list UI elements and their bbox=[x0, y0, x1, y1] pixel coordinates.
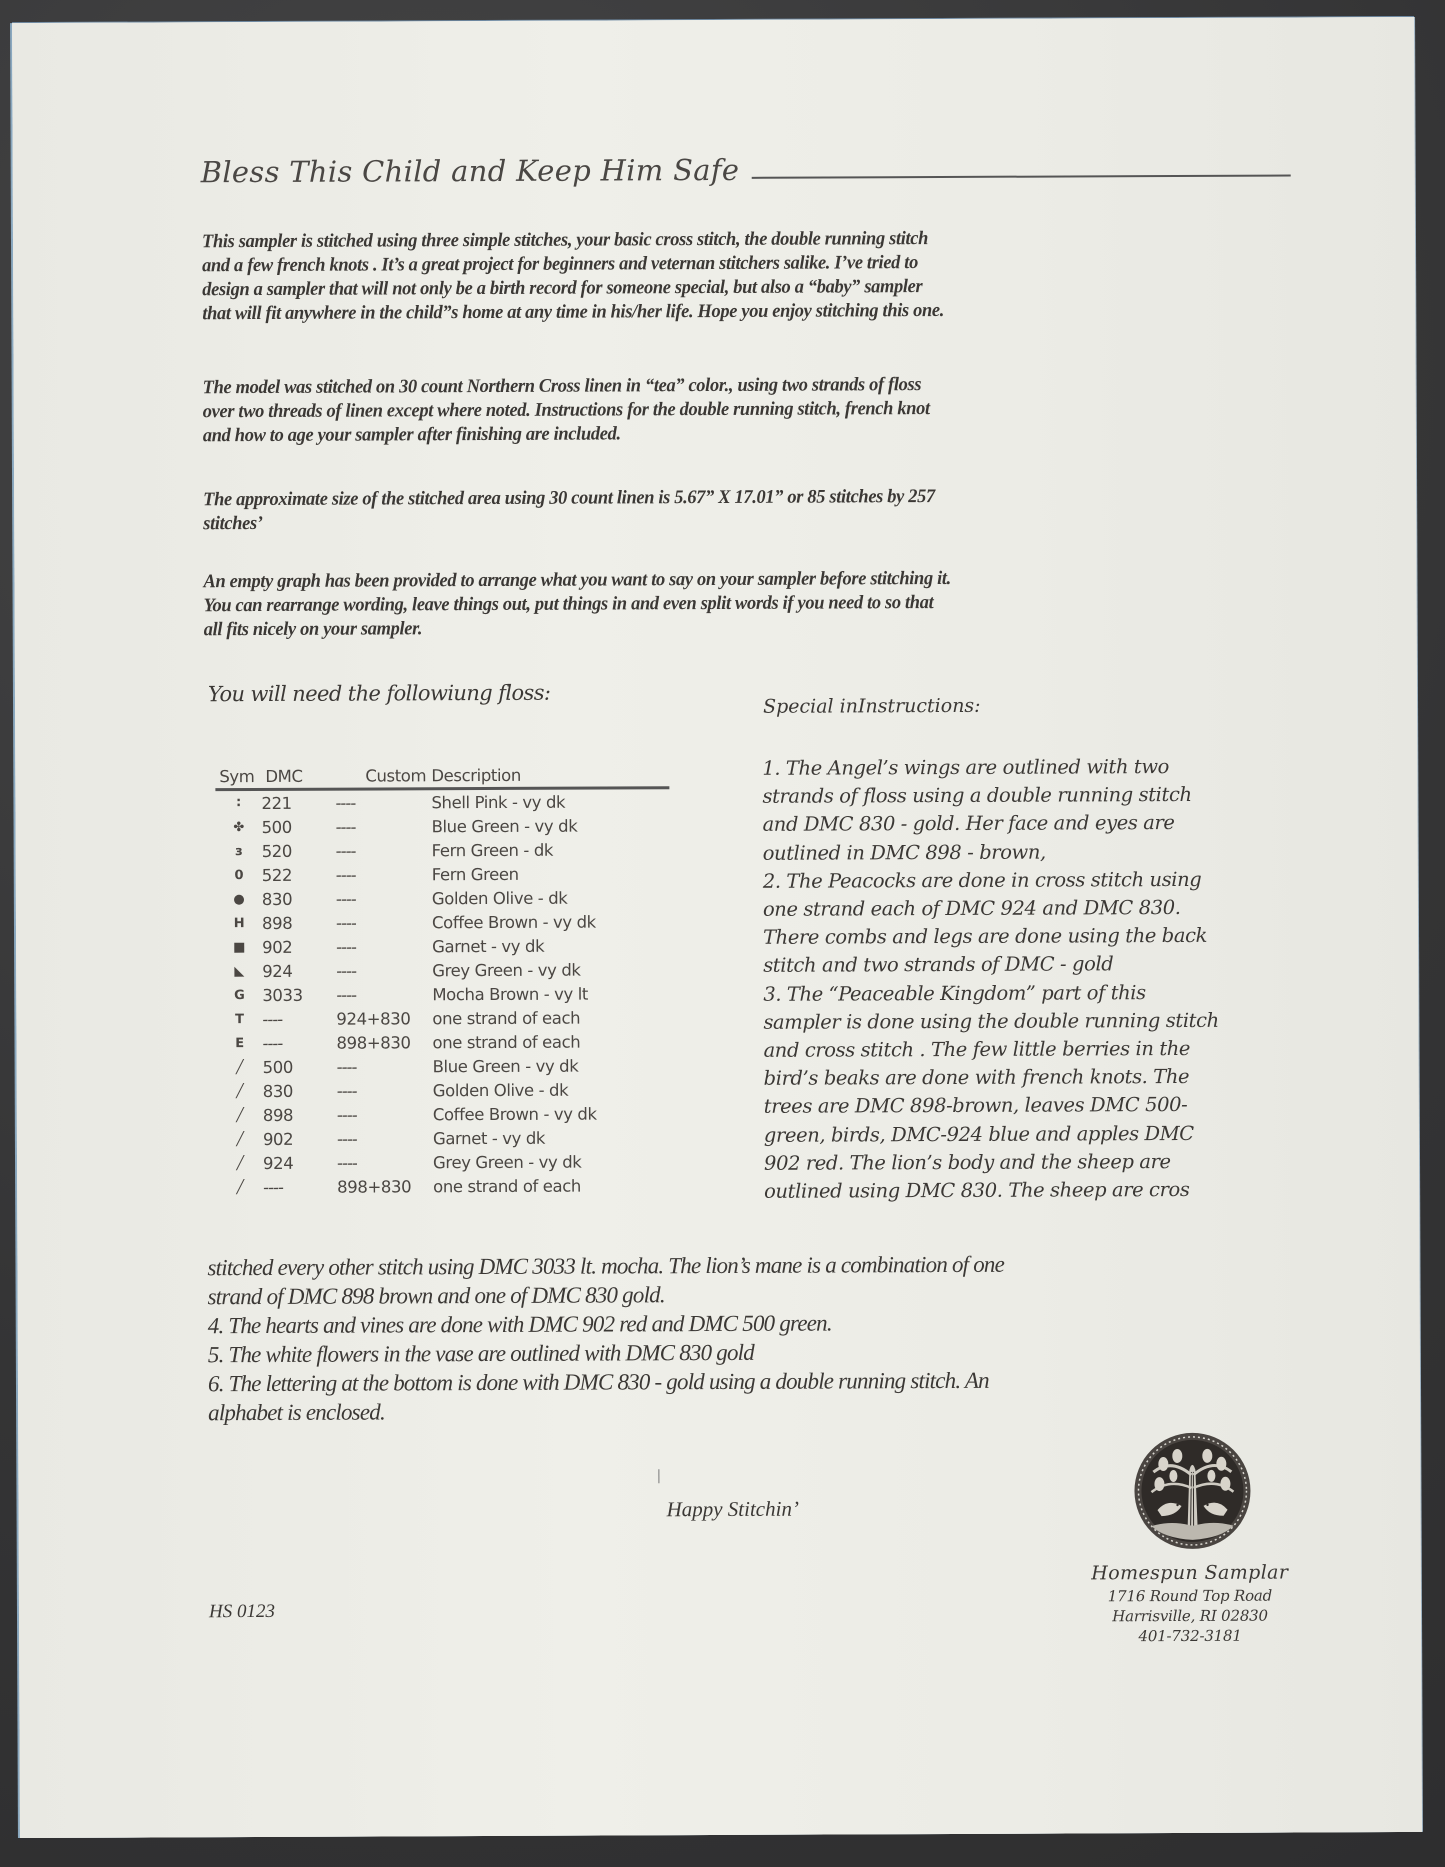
custom-blend: 898+830 bbox=[337, 1177, 433, 1196]
floss-description: Fern Green bbox=[432, 864, 670, 884]
text-line: green, birds, DMC-924 blue and apples DM… bbox=[764, 1119, 1284, 1149]
h-symbol: H bbox=[216, 915, 262, 930]
three-symbol: з bbox=[216, 843, 262, 858]
intro-paragraph-2: The model was stitched on 30 count North… bbox=[203, 372, 1269, 449]
dmc-number: 898 bbox=[263, 1105, 337, 1124]
floss-description: Garnet - vy dk bbox=[432, 936, 670, 956]
publisher-street: 1716 Round Top Road bbox=[1059, 1585, 1321, 1606]
floss-description: Garnet - vy dk bbox=[433, 1128, 671, 1148]
text-line: one strand each of DMC 924 and DMC 830. bbox=[763, 894, 1283, 924]
floss-description: Mocha Brown - vy lt bbox=[432, 984, 670, 1004]
g-symbol: G bbox=[216, 987, 262, 1002]
special-instructions-list: 1. The Angel’s wings are outlined with t… bbox=[762, 753, 1284, 1207]
backstitch-symbol: ╱ bbox=[217, 1179, 263, 1194]
title-row: Bless This Child and Keep Him Safe bbox=[201, 150, 1291, 189]
pattern-code: HS 0123 bbox=[209, 1601, 275, 1623]
floss-description: Golden Olive - dk bbox=[432, 888, 670, 908]
publisher-city: Harrisville, RI 02830 bbox=[1059, 1605, 1321, 1626]
floss-table: Sym DMC Custom Description ∶221----Shell… bbox=[215, 756, 671, 1199]
dmc-number: 520 bbox=[262, 841, 336, 860]
floss-description: Shell Pink - vy dk bbox=[431, 792, 669, 812]
floss-description: one strand of each bbox=[432, 1032, 670, 1052]
floss-table-body: ∶221----Shell Pink - vy dk✤500----Blue G… bbox=[215, 789, 671, 1199]
floss-row: ╱----898+830one strand of each bbox=[217, 1173, 671, 1199]
floss-row: T----924+830one strand of each bbox=[216, 1005, 670, 1031]
floss-row: ✤500----Blue Green - vy dk bbox=[216, 813, 670, 839]
publisher-phone: 401-732-3181 bbox=[1059, 1625, 1321, 1646]
backstitch-symbol: ╱ bbox=[217, 1131, 263, 1146]
stray-mark bbox=[658, 1469, 659, 1483]
text-line: 902 red. The lion’s body and the sheep a… bbox=[764, 1147, 1284, 1177]
header-sym: Sym bbox=[215, 767, 261, 786]
dmc-number: 500 bbox=[263, 1057, 337, 1076]
custom-blend: ---- bbox=[337, 1153, 433, 1172]
custom-blend: ---- bbox=[336, 817, 432, 836]
page-title: Bless This Child and Keep Him Safe bbox=[201, 153, 740, 189]
dmc-number: ---- bbox=[262, 1033, 336, 1052]
dmc-number: 924 bbox=[263, 1153, 337, 1172]
intro-paragraph-3: The approximate size of the stitched are… bbox=[203, 484, 1269, 537]
custom-blend: 898+830 bbox=[336, 1033, 432, 1052]
dmc-number: 221 bbox=[261, 793, 335, 812]
text-line: trees are DMC 898-brown, leaves DMC 500- bbox=[764, 1091, 1284, 1121]
custom-blend: ---- bbox=[336, 937, 432, 956]
title-underline bbox=[751, 174, 1290, 178]
floss-row: ╱902----Garnet - vy dk bbox=[217, 1125, 671, 1151]
special-instructions-heading: Special inInstructions: bbox=[763, 695, 981, 718]
dmc-number: 898 bbox=[262, 913, 336, 932]
dmc-number: ---- bbox=[262, 1009, 336, 1028]
floss-row: ╱500----Blue Green - vy dk bbox=[217, 1053, 671, 1079]
dmc-number: 522 bbox=[262, 865, 336, 884]
text-line: alphabet is enclosed. bbox=[208, 1393, 1318, 1427]
custom-blend: ---- bbox=[337, 1105, 433, 1124]
text-line: outlined in DMC 898 - brown, bbox=[763, 837, 1283, 867]
text-line: that will fit anywhere in the child”s ho… bbox=[202, 298, 1268, 327]
floss-description: Blue Green - vy dk bbox=[433, 1056, 671, 1076]
floss-row: ∶221----Shell Pink - vy dk bbox=[215, 789, 669, 815]
triangle-symbol: ◣ bbox=[216, 963, 262, 978]
custom-blend: ---- bbox=[337, 1129, 433, 1148]
floss-description: Coffee Brown - vy dk bbox=[432, 912, 670, 932]
custom-blend: ---- bbox=[336, 841, 432, 860]
text-line: 1. The Angel’s wings are outlined with t… bbox=[762, 753, 1282, 783]
custom-blend: 924+830 bbox=[336, 1009, 432, 1028]
backstitch-symbol: ╱ bbox=[217, 1083, 263, 1098]
backstitch-symbol: ╱ bbox=[217, 1155, 263, 1170]
text-line: There combs and legs are done using the … bbox=[763, 922, 1283, 952]
floss-table-header: Sym DMC Custom Description bbox=[215, 756, 669, 791]
floss-row: ╱924----Grey Green - vy dk bbox=[217, 1149, 671, 1175]
square-symbol: ■ bbox=[216, 939, 262, 954]
text-line: 3. The “Peaceable Kingdom” part of this bbox=[763, 978, 1283, 1008]
text-line: stitches’ bbox=[203, 508, 1269, 537]
e-symbol: E bbox=[216, 1035, 262, 1050]
custom-blend: ---- bbox=[336, 913, 432, 932]
custom-blend: ---- bbox=[337, 1057, 433, 1076]
header-dmc: DMC bbox=[261, 767, 335, 786]
floss-row: ●830----Golden Olive - dk bbox=[216, 885, 670, 911]
floss-row: ■902----Garnet - vy dk bbox=[216, 933, 670, 959]
header-custom: Custom bbox=[335, 766, 431, 785]
dmc-number: ---- bbox=[263, 1177, 337, 1196]
custom-blend: ---- bbox=[336, 889, 432, 908]
floss-description: Coffee Brown - vy dk bbox=[433, 1104, 671, 1124]
text-line: sampler is done using the double running… bbox=[763, 1006, 1283, 1036]
backstitch-symbol: ╱ bbox=[217, 1059, 263, 1074]
dmc-number: 924 bbox=[262, 961, 336, 980]
floss-row: ╱898----Coffee Brown - vy dk bbox=[217, 1101, 671, 1127]
floss-description: one strand of each bbox=[433, 1176, 671, 1196]
dmc-number: 3033 bbox=[262, 985, 336, 1004]
text-line: bird’s beaks are done with french knots.… bbox=[764, 1063, 1284, 1093]
custom-blend: ---- bbox=[337, 1081, 433, 1100]
floss-description: Grey Green - vy dk bbox=[432, 960, 670, 980]
floss-description: one strand of each bbox=[432, 1008, 670, 1028]
dmc-number: 830 bbox=[263, 1081, 337, 1100]
text-line: strands of floss using a double running … bbox=[762, 781, 1282, 811]
floss-row: ◣924----Grey Green - vy dk bbox=[216, 957, 670, 983]
text-line: stitch and two strands of DMC - gold bbox=[763, 950, 1283, 980]
custom-blend: ---- bbox=[335, 793, 431, 812]
floss-row: з520----Fern Green - dk bbox=[216, 837, 670, 863]
floss-row: E----898+830one strand of each bbox=[216, 1029, 670, 1055]
t-symbol: T bbox=[216, 1011, 262, 1026]
plus-symbol: ✤ bbox=[216, 819, 262, 834]
dmc-number: 500 bbox=[262, 817, 336, 836]
floss-row: G3033----Mocha Brown - vy lt bbox=[216, 981, 670, 1007]
floss-description: Blue Green - vy dk bbox=[432, 816, 670, 836]
intro-paragraph-1: This sampler is stitched using three sim… bbox=[202, 226, 1268, 327]
zero-symbol: 0 bbox=[216, 867, 262, 882]
floss-row: ╱830----Golden Olive - dk bbox=[217, 1077, 671, 1103]
floss-row: H898----Coffee Brown - vy dk bbox=[216, 909, 670, 935]
text-line: and cross stitch . The few little berrie… bbox=[763, 1035, 1283, 1065]
custom-blend: ---- bbox=[336, 865, 432, 884]
document-page: Bless This Child and Keep Him Safe This … bbox=[12, 17, 1422, 1838]
floss-description: Golden Olive - dk bbox=[433, 1080, 671, 1100]
floss-description: Fern Green - dk bbox=[432, 840, 670, 860]
dmc-number: 830 bbox=[262, 889, 336, 908]
floss-row: 0522----Fern Green bbox=[216, 861, 670, 887]
special-instructions-continued: stitched every other stitch using DMC 30… bbox=[207, 1248, 1318, 1427]
colon-symbol: ∶ bbox=[215, 795, 261, 810]
text-line: outlined using DMC 830. The sheep are cr… bbox=[764, 1176, 1284, 1206]
dmc-number: 902 bbox=[262, 937, 336, 956]
text-line: and how to age your sampler after finish… bbox=[203, 420, 1269, 449]
custom-blend: ---- bbox=[336, 985, 432, 1004]
dmc-number: 902 bbox=[263, 1129, 337, 1148]
publisher-name: Homespun Samplar bbox=[1059, 1559, 1321, 1586]
backstitch-symbol: ╱ bbox=[217, 1107, 263, 1122]
closing-text: Happy Stitchin’ bbox=[666, 1497, 798, 1523]
header-description: Description bbox=[431, 765, 669, 785]
tree-and-birds-emblem-icon bbox=[1131, 1430, 1254, 1553]
dot-symbol: ● bbox=[216, 891, 262, 906]
floss-heading: You will need the followiung floss: bbox=[208, 681, 550, 706]
publisher-address: Homespun Samplar 1716 Round Top Road Har… bbox=[1059, 1559, 1321, 1646]
custom-blend: ---- bbox=[336, 961, 432, 980]
intro-paragraph-4: An empty graph has been provided to arra… bbox=[203, 566, 1269, 643]
text-line: 2. The Peacocks are done in cross stitch… bbox=[763, 865, 1283, 895]
floss-description: Grey Green - vy dk bbox=[433, 1152, 671, 1172]
text-line: and DMC 830 - gold. Her face and eyes ar… bbox=[762, 809, 1282, 839]
text-line: all fits nicely on your sampler. bbox=[204, 614, 1270, 643]
